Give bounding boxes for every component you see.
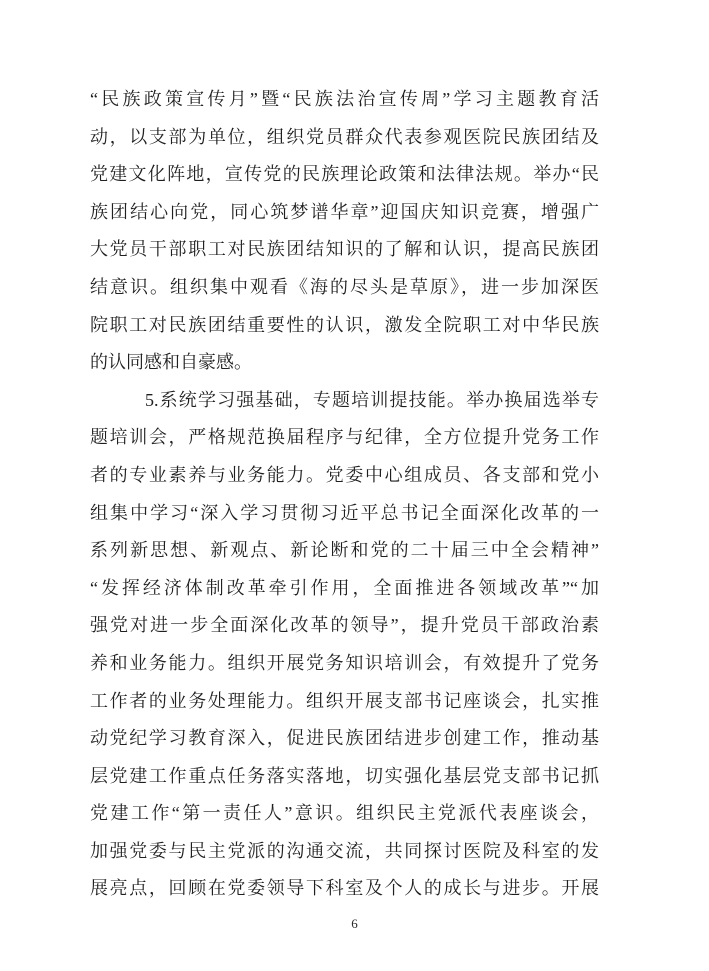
text-line: “发挥经济体制改革牵引作用，全面推进各领域改革”“加 <box>90 570 599 608</box>
text-line-paragraph-end: 的认同感和自豪感。 <box>90 344 599 382</box>
text-line: 加强党委与民主党派的沟通交流，共同探讨医院及科室的发 <box>90 833 599 871</box>
text-line: 族团结心向党，同心筑梦谱华章”迎国庆知识竞赛，增强广 <box>90 194 599 232</box>
document-body: “民族政策宣传月”暨“民族法治宣传周”学习主题教育活 动，以支部为单位，组织党员… <box>90 81 599 908</box>
text-line: 结意识。组织集中观看《海的尽头是草原》，进一步加深医 <box>90 269 599 307</box>
text-line: 者的专业素养与业务能力。党委中心组成员、各支部和党小 <box>90 457 599 495</box>
text-line: 工作者的业务处理能力。组织开展支部书记座谈会，扎实推 <box>90 683 599 721</box>
text-line: 系列新思想、新观点、新论断和党的二十届三中全会精神” <box>90 532 599 570</box>
text-line: 院职工对民族团结重要性的认识，激发全院职工对中华民族 <box>90 307 599 345</box>
text-line: 展亮点，回顾在党委领导下科室及个人的成长与进步。开展 <box>90 870 599 908</box>
text-line: 党建工作“第一责任人”意识。组织民主党派代表座谈会， <box>90 795 599 833</box>
text-line: 大党员干部职工对民族团结知识的了解和认识，提高民族团 <box>90 231 599 269</box>
text-line: “民族政策宣传月”暨“民族法治宣传周”学习主题教育活 <box>90 81 599 119</box>
page-number: 6 <box>0 916 709 932</box>
text-line: 组集中学习“深入学习贯彻习近平总书记全面深化改革的一 <box>90 495 599 533</box>
text-line: 养和业务能力。组织开展党务知识培训会，有效提升了党务 <box>90 645 599 683</box>
text-line-paragraph-start: 5.系统学习强基础，专题培训提技能。举办换届选举专 <box>90 382 599 420</box>
document-page: “民族政策宣传月”暨“民族法治宣传周”学习主题教育活 动，以支部为单位，组织党员… <box>0 0 709 971</box>
text-line: 题培训会，严格规范换届程序与纪律，全方位提升党务工作 <box>90 419 599 457</box>
text-line: 动党纪学习教育深入，促进民族团结进步创建工作，推动基 <box>90 720 599 758</box>
text-line: 动，以支部为单位，组织党员群众代表参观医院民族团结及 <box>90 119 599 157</box>
text-line: 强党对进一步全面深化改革的领导”，提升党员干部政治素 <box>90 607 599 645</box>
text-line: 党建文化阵地，宣传党的民族理论政策和法律法规。举办“民 <box>90 156 599 194</box>
text-line: 层党建工作重点任务落实落地，切实强化基层党支部书记抓 <box>90 758 599 796</box>
